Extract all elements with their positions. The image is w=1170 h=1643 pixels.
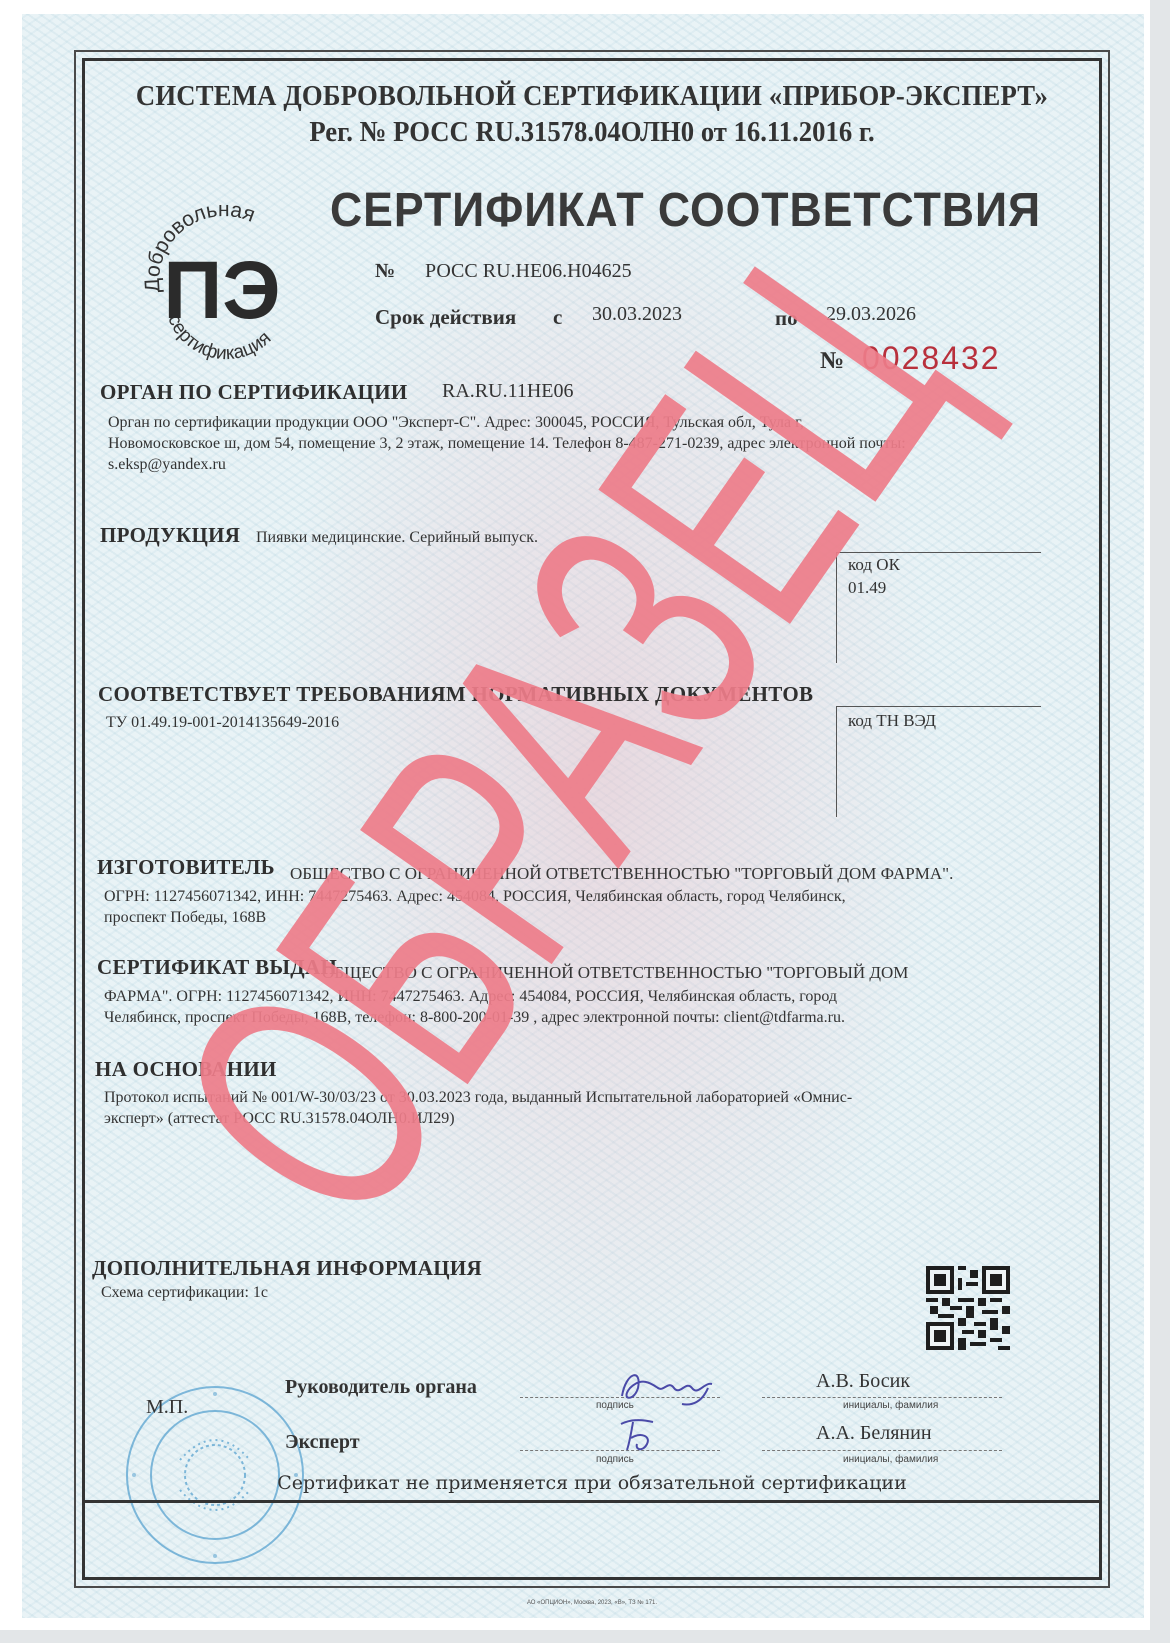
- basis-line-1: Протокол испытаний № 001/W-30/03/23 от 3…: [104, 1087, 852, 1108]
- issued-to-line-2: ФАРМА". ОГРН: 1127456071342, ИНН: 744727…: [104, 986, 837, 1007]
- product-description: Пиявки медицинские. Серийный выпуск.: [256, 527, 538, 548]
- issued-to-line-3: Челябинск, проспект Победы, 168В, телефо…: [104, 1007, 845, 1028]
- blank-number-label: №: [820, 348, 844, 375]
- tnved-code-label: код ТН ВЭД: [848, 711, 936, 731]
- additional-info-heading: ДОПОЛНИТЕЛЬНАЯ ИНФОРМАЦИЯ: [92, 1256, 482, 1281]
- certificate-number: РОСС RU.HE06.H04625: [425, 260, 632, 283]
- conformity-heading: СООТВЕТСТВУЕТ ТРЕБОВАНИЯМ НОРМАТИВНЫХ ДО…: [98, 682, 813, 707]
- expert-label: Эксперт: [285, 1431, 360, 1454]
- valid-from-date: 30.03.2023: [592, 303, 682, 326]
- certificate-title: СЕРТИФИКАТ СООТВЕТСТВИЯ: [330, 183, 1041, 238]
- certification-body-heading: ОРГАН ПО СЕРТИФИКАЦИИ: [100, 380, 408, 405]
- number-label: №: [375, 260, 395, 283]
- manufacturer-address: проспект Победы, 168В: [104, 907, 266, 928]
- certification-body-email: s.eksp@yandex.ru: [108, 454, 226, 475]
- footer-rule: [82, 1500, 1102, 1503]
- voluntary-certification-logo-icon: Добровольная сертификация ПЭ: [138, 200, 308, 370]
- ok-code-value: 01.49: [848, 578, 886, 598]
- expert-name-line: [762, 1450, 1002, 1451]
- validity-label: Срок действия: [375, 305, 516, 330]
- manufacturer-details: ОГРН: 1127456071342, ИНН: 7447275463. Ад…: [104, 886, 846, 907]
- expert-name-caption: инициалы, фамилия: [843, 1454, 938, 1465]
- issued-to-line-1: ОБЩЕСТВО С ОГРАНИЧЕННОЙ ОТВЕТСТВЕННОСТЬЮ…: [322, 962, 908, 983]
- certification-body-line-1: Орган по сертификации продукции ООО "Экс…: [108, 412, 804, 433]
- validity-to-label: по: [775, 306, 798, 331]
- certification-scheme: Схема сертификации: 1с: [101, 1282, 268, 1303]
- basis-line-2: эксперт» (аттестат РОСС RU.31578.04ОЛН0.…: [104, 1108, 455, 1129]
- certification-body-line-2: Новомосковское ш, дом 54, помещение 3, 2…: [108, 433, 906, 454]
- validity-from-label: с: [553, 305, 562, 330]
- qr-code-icon[interactable]: [926, 1266, 1010, 1350]
- expert-name: А.А. Белянин: [816, 1422, 932, 1445]
- head-name-line: [762, 1397, 1002, 1398]
- blank-serial-number: 0028432: [862, 340, 1001, 377]
- issued-to-heading: СЕРТИФИКАТ ВЫДАН: [97, 955, 337, 980]
- logo-letters: ПЭ: [163, 245, 280, 336]
- manufacturer-heading: ИЗГОТОВИТЕЛЬ: [97, 855, 275, 880]
- head-of-body-label: Руководитель органа: [285, 1376, 477, 1399]
- basis-heading: НА ОСНОВАНИИ: [95, 1057, 277, 1082]
- conformity-standard: ТУ 01.49.19-001-2014135649-2016: [106, 712, 339, 733]
- expert-signature-icon: [615, 1414, 665, 1456]
- system-title: СИСТЕМА ДОБРОВОЛЬНОЙ СЕРТИФИКАЦИИ «ПРИБО…: [123, 80, 1061, 113]
- seal-placeholder-label: М.П.: [146, 1396, 188, 1419]
- head-signature-caption: подпись: [596, 1400, 634, 1411]
- footer-notice: Сертификат не применяется при обязательн…: [82, 1472, 1102, 1494]
- head-name: А.В. Босик: [816, 1370, 910, 1393]
- system-registration: Рег. № РОСС RU.31578.04ОЛН0 от 16.11.201…: [123, 116, 1061, 149]
- manufacturer-name: ОБЩЕСТВО С ОГРАНИЧЕННОЙ ОТВЕТСТВЕННОСТЬЮ…: [290, 863, 953, 884]
- head-name-caption: инициалы, фамилия: [843, 1400, 938, 1411]
- certification-body-code: RA.RU.11HE06: [442, 380, 573, 403]
- valid-to-date: 29.03.2026: [826, 303, 916, 326]
- printer-imprint: АО «ОПЦИОН», Москва, 2023, «В», ТЗ № 171…: [82, 1600, 1102, 1606]
- product-heading: ПРОДУКЦИЯ: [100, 523, 240, 548]
- expert-signature-caption: подпись: [596, 1454, 634, 1465]
- ok-code-label: код ОК: [848, 555, 900, 575]
